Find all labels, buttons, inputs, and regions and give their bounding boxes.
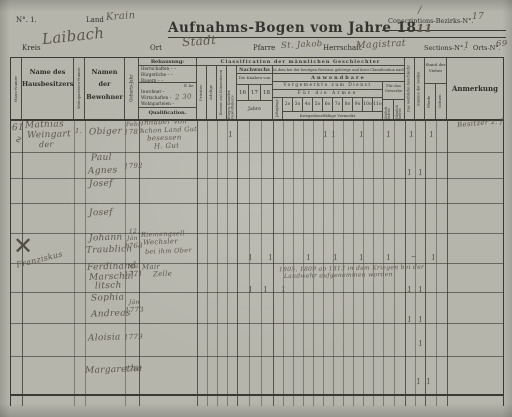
conscription-district-value: 17 (472, 13, 484, 22)
dwelling-row: Wohnparteien – (139, 101, 196, 107)
handwriting-party-no: 1. (75, 128, 83, 135)
handwriting-crossed-out: ✕ (13, 234, 33, 258)
handwriting-birth-year: 1792 (124, 163, 143, 171)
handwriting-anmerkung-note: Besitzer z. f. (457, 118, 506, 129)
ort-label: Ort (150, 44, 162, 52)
kreis-label: Kreis (22, 44, 41, 52)
row-line (11, 263, 503, 264)
handwriting-flourish: ∿ (12, 134, 23, 144)
handwriting-resident: Josef (89, 180, 113, 190)
handwriting-qualification: bei ihm Ober (145, 247, 192, 255)
tally-mark: 1 (386, 254, 392, 263)
qualification-footer: Qualification. (139, 108, 196, 118)
tally-mark: 1 (228, 131, 234, 140)
tally-mark: 1 (331, 131, 337, 140)
tally-mark: 1 (431, 254, 437, 263)
form-title-year-handwritten: 11 (416, 22, 432, 35)
classification-title: Classification der männlichen Geschlecht… (197, 58, 405, 66)
col-head-owner: Name des Hausbesitzers (22, 58, 74, 119)
handwriting-birth-year: 1771 (124, 271, 143, 279)
tally-mark: 1 (268, 254, 274, 263)
handwriting-war-note: Landwehr aufgenommen worden (284, 272, 393, 280)
row-line (11, 203, 503, 204)
trade-cell: Zeitlich befreit (383, 100, 394, 119)
handwriting-birth-year: 1781 (124, 366, 143, 374)
land-value-handwritten: Krain (106, 11, 136, 23)
col-head-female: Das weibliche Geschlecht (405, 58, 415, 119)
pfarre-value-handwritten: St. Jakob (281, 40, 323, 51)
handwriting-birth-year: 1779 (124, 334, 143, 342)
offspring-age: 16 (237, 85, 249, 100)
col-head-party-number: Wohnparteien-Numer (74, 58, 85, 119)
title-rule (168, 37, 506, 38)
col-head-offspring-box: Nachwuchs Die Knaben von 16 17 18 Jahre (237, 66, 273, 119)
handwriting-resident: Aloisia (88, 333, 121, 343)
handwriting-resident: Sophia (91, 293, 124, 303)
col-head-priests: Priester (197, 66, 207, 119)
tally-mark: 1 (409, 131, 415, 140)
class-cell: 4o (303, 98, 313, 111)
pfarre-label: Pfarre (253, 44, 275, 52)
class-reserved: Vorgemerkte zum Dienst (273, 82, 383, 90)
tally-mark: 1 (333, 254, 339, 263)
handwriting-resident: Johann (89, 233, 123, 243)
orts-value-handwritten: 69 (496, 40, 507, 49)
handwriting-resident: Obiger (89, 127, 123, 137)
offspring-title: Nachwuchs (237, 66, 272, 74)
row-line (11, 394, 503, 396)
tally-mark: 1 (359, 254, 365, 263)
col-head-sum: Summe der Seelen (415, 58, 425, 119)
col-head-house-number: Haus-Numer (11, 58, 22, 119)
col-head-livestock-box: Stand des Viehes Pferde Ochsen (425, 58, 447, 119)
offspring-age: 17 (249, 85, 261, 100)
sections-value-handwritten: 1 (464, 42, 469, 50)
tally-mark: 1 (426, 378, 432, 387)
ort-value-handwritten: Stadt (182, 34, 217, 48)
handwriting-birth-year: 1773 (125, 307, 144, 315)
col-head-remarks: Anmerkung (447, 58, 503, 119)
col-head-officials: Beamte und Honoratioren (217, 66, 227, 119)
col-head-nobles: Adelige (207, 66, 217, 119)
handwriting-qualification: Wechsler (143, 238, 178, 246)
tally-mark: 1 (418, 169, 424, 178)
tally-mark: 1 (306, 254, 312, 263)
class-foot: Kriegsdienstfähige Vormerkt (273, 112, 383, 119)
tally-mark: 1 (407, 169, 413, 178)
tally-mark: 1 (407, 286, 413, 295)
scanned-census-sheet: N°. 1. Land Krain Conscriptions-Bezirks-… (0, 0, 512, 417)
tally-mark: 1 (418, 316, 424, 325)
row-line (11, 356, 503, 357)
class-cell: 2o (283, 98, 293, 111)
class-cell: 10o (363, 98, 373, 111)
class-cell: 8o (343, 98, 353, 111)
class-cell: 11o (373, 98, 383, 111)
tally-mark: 1 (359, 131, 365, 140)
row-line (11, 323, 503, 324)
sheet-number: N°. 1. (16, 16, 37, 24)
handwriting-birth-year: 1768 (124, 243, 143, 251)
class-cell: 6o (323, 98, 333, 111)
col-head-birth-year: Geburts-Jahr (125, 58, 139, 119)
class-cell: 7o (333, 98, 343, 111)
tally-mark: 1 (416, 378, 422, 387)
tally-mark: 1 (418, 286, 424, 295)
row-line (11, 292, 503, 293)
livestock-cell: Pferde (425, 84, 436, 119)
offspring-age: 18 (261, 85, 272, 100)
tally-mark: 1 (263, 286, 269, 295)
trade-cell: Gänzlich befreit (394, 100, 405, 119)
livestock-title: Stand des Viehes (425, 58, 446, 84)
row-line (11, 152, 503, 153)
class-cells-row: 2o 3o 4o 5o 6o 7o 8o 9o 10o 11o (283, 98, 383, 112)
stray-pen-mark: ∕ (418, 6, 422, 16)
handwriting-fee-value: 2 30 (175, 94, 192, 102)
kreis-value-handwritten: Laibach (41, 26, 105, 47)
tally-mark: 1 (248, 286, 254, 295)
tally-mark: 1 (323, 131, 329, 140)
tally-mark: 1 (407, 316, 413, 325)
class-army: Für die Armee (273, 90, 383, 98)
handwriting-resident: Josef (89, 209, 113, 219)
tally-mark: 1 (418, 340, 424, 349)
handwriting-haus-no: 61 (12, 124, 24, 133)
tally-mark: 1 (248, 254, 254, 263)
class-usable: Anwendbare (273, 74, 405, 82)
tally-mark: 1 (281, 286, 287, 295)
class-line1: In dem bei der heutigen Revision gehörig… (273, 66, 405, 74)
tally-mark: 1 (429, 131, 435, 140)
offspring-sub: Die Knaben von (237, 74, 272, 85)
land-label: Land (86, 16, 104, 24)
handwriting-resident: Agnes (88, 166, 118, 176)
col-head-burghers: Bürger, Künstler, Gewerbsleute (227, 66, 237, 119)
handwriting-resident: Paul (91, 154, 112, 164)
handwriting-dash: – (411, 252, 417, 262)
livestock-cell: Ochsen (436, 84, 446, 119)
class-cell: 5o (313, 98, 323, 111)
row-line (11, 178, 503, 179)
census-table: Haus-Numer Name des Hausbesitzers Wohnpa… (10, 57, 504, 406)
handwriting-qualification: H. Gut (154, 143, 180, 151)
dwelling-title: Behausung: (139, 58, 196, 66)
sections-label: Sections-N°. (424, 44, 465, 52)
tally-mark: 1 (386, 131, 392, 140)
herrschaft-value-handwritten: Magistrat (356, 39, 406, 51)
class-cell: 3o (293, 98, 303, 111)
handwriting-owner-name: der (39, 141, 54, 150)
col-head-residents: Namen der Bewohner (85, 58, 125, 119)
handwriting-qualification: Zelle (153, 271, 172, 279)
row-line (11, 233, 503, 234)
col-head-dwelling-box: Behausung: Herrschaften – – Bürgerliche … (139, 58, 197, 119)
class-trade-box: Für das Gewerbe (383, 82, 405, 100)
offspring-foot: Jahre (237, 101, 272, 118)
handwriting-resident: litsch (95, 282, 122, 292)
class-cell: 9o (353, 98, 363, 111)
